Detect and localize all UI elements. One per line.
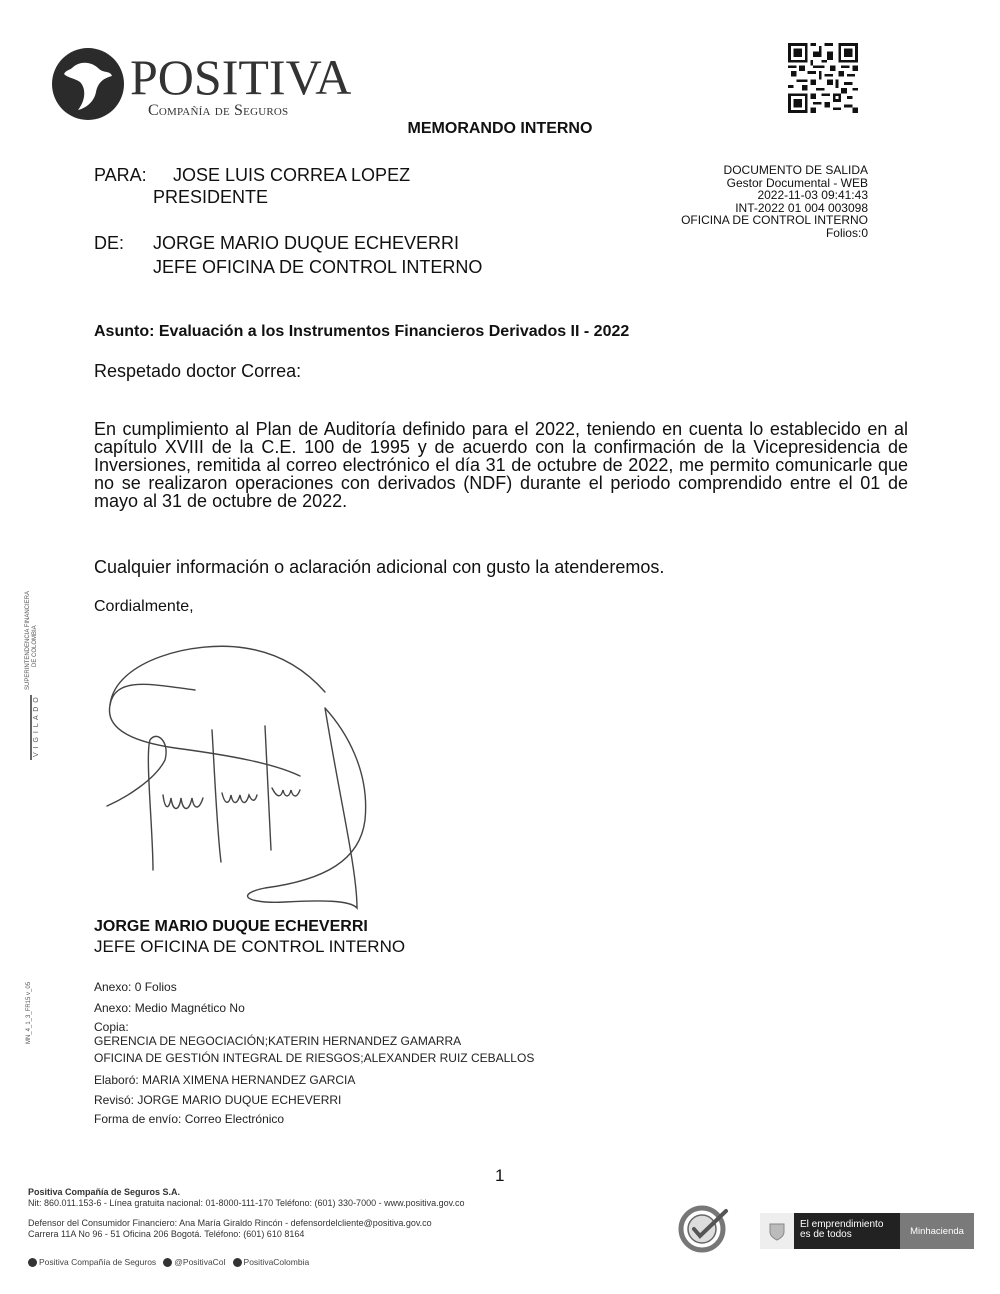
qr-code-icon (788, 43, 858, 113)
colombia-shield-icon (760, 1213, 794, 1249)
document-stamp: DOCUMENTO DE SALIDA Gestor Documental - … (681, 164, 868, 239)
form-code-text: MN_4_1_3_FR15 v_05 (26, 982, 32, 1044)
reviewed-by: Revisó: JORGE MARIO DUQUE ECHEVERRI (94, 1094, 341, 1107)
stamp-folios: Folios:0 (681, 227, 868, 240)
social-links: Positiva Compañía de Seguros @PositivaCo… (28, 1257, 309, 1267)
footer-line-3: Carrera 11A No 96 - 51 Oficina 206 Bogot… (28, 1229, 464, 1240)
annex-folios: Anexo: 0 Folios (94, 981, 177, 994)
vigilado-bar (30, 695, 32, 760)
social-twitter[interactable]: @PositivaCol (174, 1257, 225, 1267)
signer-role: JEFE OFICINA DE CONTROL INTERNO (94, 937, 405, 957)
copy-recipient-1: GERENCIA DE NEGOCIACIÓN;KATERIN HERNANDE… (94, 1035, 461, 1048)
facebook-icon (28, 1258, 37, 1267)
stamp-datetime: 2022-11-03 09:41:43 (681, 189, 868, 202)
greeting: Respetado doctor Correa: (94, 361, 301, 382)
footer-info: Positiva Compañía de Seguros S.A. Nit: 8… (28, 1187, 464, 1240)
handwritten-signature (95, 630, 415, 915)
superintendencia-text: SUPERINTENDENCIA FINANCIERA (25, 591, 31, 690)
gov-ministry: Minhacienda (900, 1213, 974, 1249)
body-paragraph: En cumplimiento al Plan de Auditoría def… (94, 420, 908, 510)
social-youtube[interactable]: PositivaColombia (244, 1257, 310, 1267)
closing-line: Cualquier información o aclaración adici… (94, 557, 664, 578)
copy-label: Copia: (94, 1021, 129, 1034)
footer-company: Positiva Compañía de Seguros S.A. (28, 1187, 464, 1198)
vigilado-mark: V I G I L A D O SUPERINTENDENCIA FINANCI… (22, 595, 46, 765)
document-title: MEMORANDO INTERNO (0, 120, 1000, 138)
government-banner: El emprendimiento es de todos Minhaciend… (760, 1213, 974, 1249)
sign-off: Cordialmente, (94, 598, 194, 616)
to-role: PRESIDENTE (153, 186, 268, 208)
certification-badge-icon (676, 1203, 732, 1253)
from-label: DE: (94, 232, 124, 254)
stamp-office: OFICINA DE CONTROL INTERNO (681, 214, 868, 227)
form-code: MN_4_1_3_FR15 v_05 (22, 968, 42, 1048)
social-facebook[interactable]: Positiva Compañía de Seguros (39, 1257, 156, 1267)
youtube-icon (233, 1258, 242, 1267)
logo-wordmark: POSITIVA (130, 52, 351, 102)
footer-line-2: Defensor del Consumidor Financiero: Ana … (28, 1218, 464, 1229)
annex-magnetic: Anexo: Medio Magnético No (94, 1002, 245, 1015)
logo-subtitle: Compañía de Seguros (148, 102, 288, 120)
from-name: JORGE MARIO DUQUE ECHEVERRI (153, 232, 459, 254)
copy-recipient-2: OFICINA DE GESTIÓN INTEGRAL DE RIESGOS;A… (94, 1052, 534, 1065)
page-number: 1 (495, 1166, 504, 1186)
from-role: JEFE OFICINA DE CONTROL INTERNO (153, 256, 482, 278)
footer-line-1: Nit: 860.011.153-6 - Línea gratuita naci… (28, 1198, 464, 1209)
to-name: JOSE LUIS CORREA LOPEZ (173, 164, 410, 186)
company-logo: POSITIVA Compañía de Seguros (52, 44, 342, 124)
subject-line: Asunto: Evaluación a los Instrumentos Fi… (94, 323, 629, 341)
positiva-logo-icon (52, 48, 124, 120)
delivery-method: Forma de envío: Correo Electrónico (94, 1113, 284, 1126)
to-label: PARA: (94, 164, 147, 186)
vigilado-text: V I G I L A D O (33, 696, 40, 757)
twitter-icon (163, 1258, 172, 1267)
gov-slogan: El emprendimiento es de todos (794, 1213, 900, 1249)
prepared-by: Elaboró: MARIA XIMENA HERNANDEZ GARCIA (94, 1074, 355, 1087)
de-colombia-text: DE COLOMBIA (32, 625, 38, 667)
signer-name: JORGE MARIO DUQUE ECHEVERRI (94, 918, 368, 936)
stamp-type: DOCUMENTO DE SALIDA (681, 164, 868, 177)
